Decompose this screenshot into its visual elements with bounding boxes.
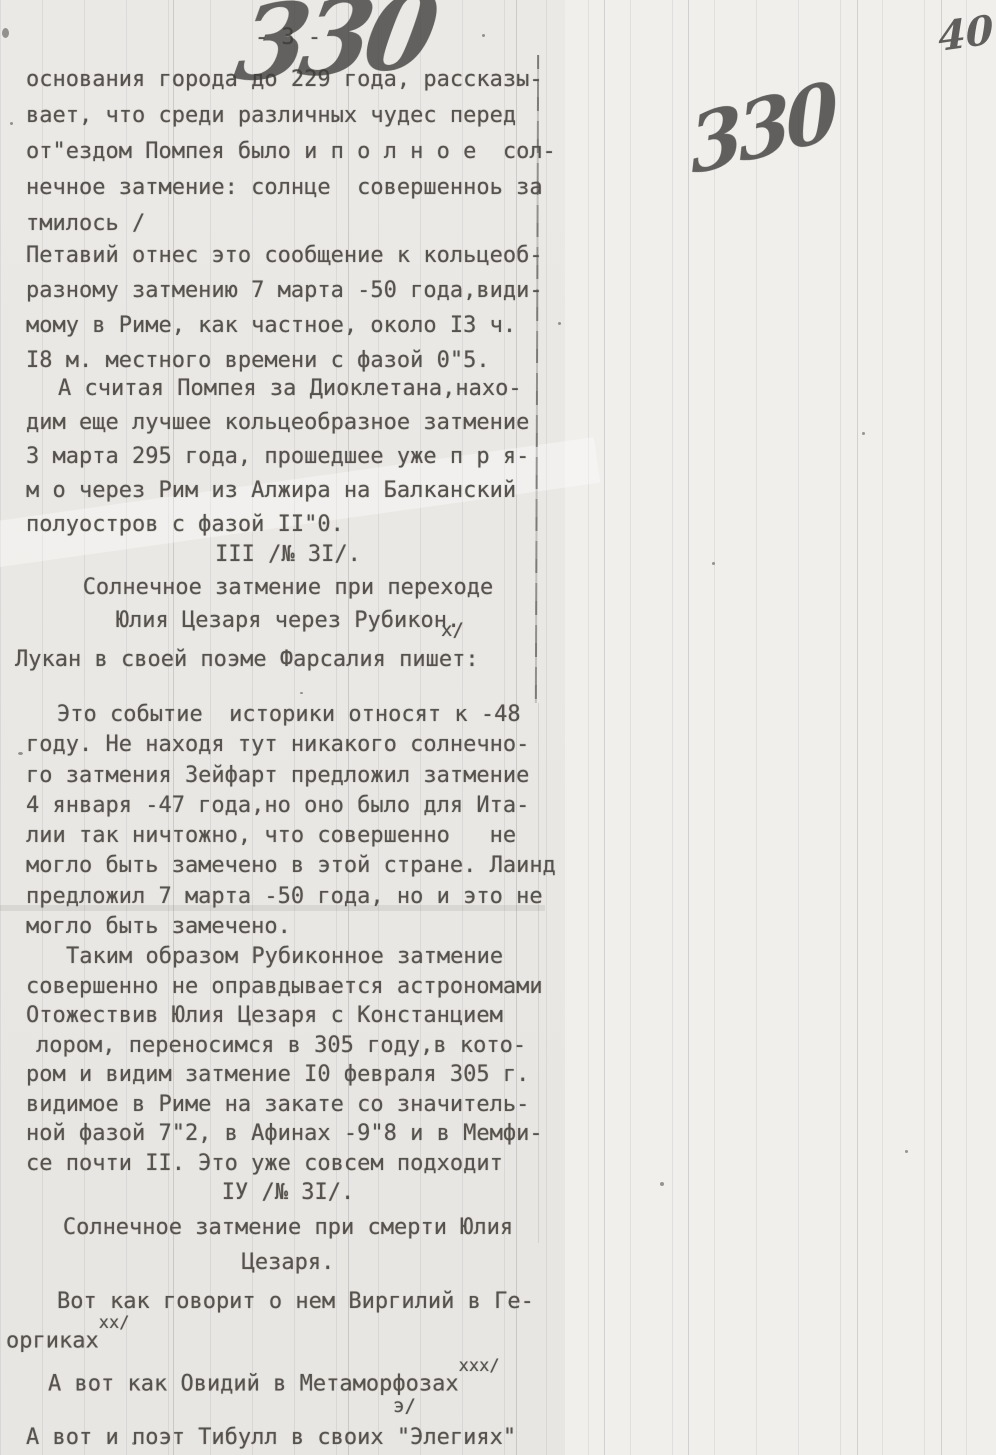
typed-text: А вот как Овидий в Метаморфозах [48, 1371, 459, 1396]
typed-line: 4 января -47 года,но оно было для Ита- [26, 791, 550, 821]
section-title-line: Солнечное затмение при смерти Юлия [26, 1210, 550, 1245]
footnote-mark: х/ [441, 620, 464, 640]
scan-speck [482, 34, 485, 37]
footnote-mark: хх/ [99, 1313, 130, 1333]
section-number: IУ /№ 3I/. [26, 1175, 550, 1210]
typed-line: вает, что среди различных чудес перед [26, 98, 550, 134]
typed-line: могло быть замечено. [26, 912, 550, 942]
paragraph-5: Таким образом Рубиконное затмение соверш… [26, 942, 550, 1178]
typed-line: 3 марта 295 года, прошедшее уже п р я- [26, 440, 550, 474]
paragraph-8: А вот и поэт Тибулл в своих "Элегиях" [26, 1420, 550, 1455]
scan-speck [712, 562, 715, 565]
scan-speck [300, 692, 303, 694]
section-4-heading: IУ /№ 3I/. Солнечное затмение при смерти… [26, 1175, 550, 1280]
scan-speck [10, 122, 13, 125]
paragraph-2: Петавий отнес это сообщение к кольцеоб- … [26, 238, 550, 378]
typed-line: от"ездом Помпея было и п о л н о е сол- [26, 134, 550, 170]
paragraph-7: А вот как Овидий в Метаморфозахххх/ [26, 1360, 550, 1395]
footnote-mark: ххх/ [459, 1356, 500, 1376]
typed-line: видимое в Риме на закате со значитель- [26, 1090, 550, 1120]
typed-line: совершенно не оправдывается астрономами [26, 972, 550, 1002]
typed-text: оргиках [6, 1328, 99, 1353]
paragraph-4: Это событие историки относят к -48 году.… [26, 700, 550, 942]
section-title-line: Солнечное затмение при переходе [26, 571, 550, 604]
typed-line: А вот и поэт Тибулл в своих "Элегиях" [26, 1420, 550, 1455]
ruled-line-dark [688, 0, 689, 1455]
typed-line: се почти II. Это уже совсем подходит [26, 1149, 550, 1179]
typed-line: м о через Рим из Алжира на Балканский [26, 474, 550, 508]
typed-line: А считая Помпея за Диоклетана,нахо- [26, 372, 550, 406]
typed-line: дим еще лучшее кольцеобразное затмение [26, 406, 550, 440]
typed-line: лором, переносимся в 305 году,в кото- [26, 1031, 550, 1061]
section-3-heading: III /№ 3I/. Солнечное затмение при перех… [26, 538, 550, 637]
typed-line: основания города до 229 года, рассказы- [26, 62, 550, 98]
paragraph-3: А считая Помпея за Диоклетана,нахо- дим … [26, 372, 550, 542]
ruled-line-dark [857, 0, 858, 1455]
typed-line: разному затмению 7 марта -50 года,види- [26, 273, 550, 308]
typed-line: году. Не находя тут никакого солнечно- [26, 730, 550, 760]
handwritten-number-side: 330 [687, 66, 837, 194]
typed-line: А вот как Овидий в Метаморфозахххх/ [26, 1360, 550, 1395]
typed-line: нечное затмение: солнце совершенноь за [26, 170, 550, 206]
page-number-text: - 3 - [26, 20, 550, 55]
footnote-mark: э/ [393, 1396, 416, 1416]
typed-line: Лукан в своей поэме Фарсалия пишет: [15, 642, 550, 677]
paragraph-1: основания города до 229 года, рассказы- … [26, 62, 550, 242]
typed-line: лии так ничтожно, что совершенно не [26, 821, 550, 851]
typed-text-column: - 3 - основания города до 229 года, расс… [26, 0, 550, 1455]
typed-line: Таким образом Рубиконное затмение [26, 942, 550, 972]
section-number: III /№ 3I/. [26, 538, 550, 571]
typed-line: Это событие историки относят к -48 [26, 700, 550, 730]
scanned-page: - 3 - основания города до 229 года, расс… [0, 0, 996, 1455]
scan-speck [862, 432, 865, 435]
typed-line: оргикаххх/ [6, 1318, 550, 1351]
typed-line: полуостров с фазой II"0. [26, 508, 550, 542]
typed-line: ром и видим затмение I0 февраля 305 г. [26, 1060, 550, 1090]
scan-speck [132, 1442, 136, 1445]
section-3-intro: Лукан в своей поэме Фарсалия пишет: [26, 642, 550, 677]
typed-line: ной фазой 7"2, в Афинах -9"8 и в Мемфи- [26, 1119, 550, 1149]
page-number: - 3 - [26, 20, 550, 55]
paragraph-6: Вот как говорит о нем Виргилий в Ге- орг… [26, 1285, 550, 1351]
typed-line: предложил 7 марта -50 года, но и это не [26, 882, 550, 912]
scan-speck [2, 28, 9, 38]
handwritten-page-number: 40 [937, 6, 994, 61]
typed-line: Отожествив Юлия Цезаря с Констанцием [26, 1001, 550, 1031]
scan-speck [660, 1182, 664, 1186]
section-title-line: Цезаря. [26, 1245, 550, 1280]
typed-line: мому в Риме, как частное, около I3 ч. [26, 308, 550, 343]
scan-speck [905, 1150, 908, 1153]
section-title-line: Юлия Цезаря через Рубикон. [26, 604, 550, 637]
ruled-line-dark [941, 0, 942, 1455]
ruled-line-dark [604, 0, 605, 1455]
typed-line: могло быть замечено в этой стране. Лаинд [26, 851, 550, 881]
scan-speck [18, 752, 23, 755]
typed-line: го затмения Зейфарт предложил затмение [26, 761, 550, 791]
typed-line: тмилось / [26, 206, 550, 242]
scan-speck [558, 322, 561, 325]
typed-line: Петавий отнес это сообщение к кольцеоб- [26, 238, 550, 273]
